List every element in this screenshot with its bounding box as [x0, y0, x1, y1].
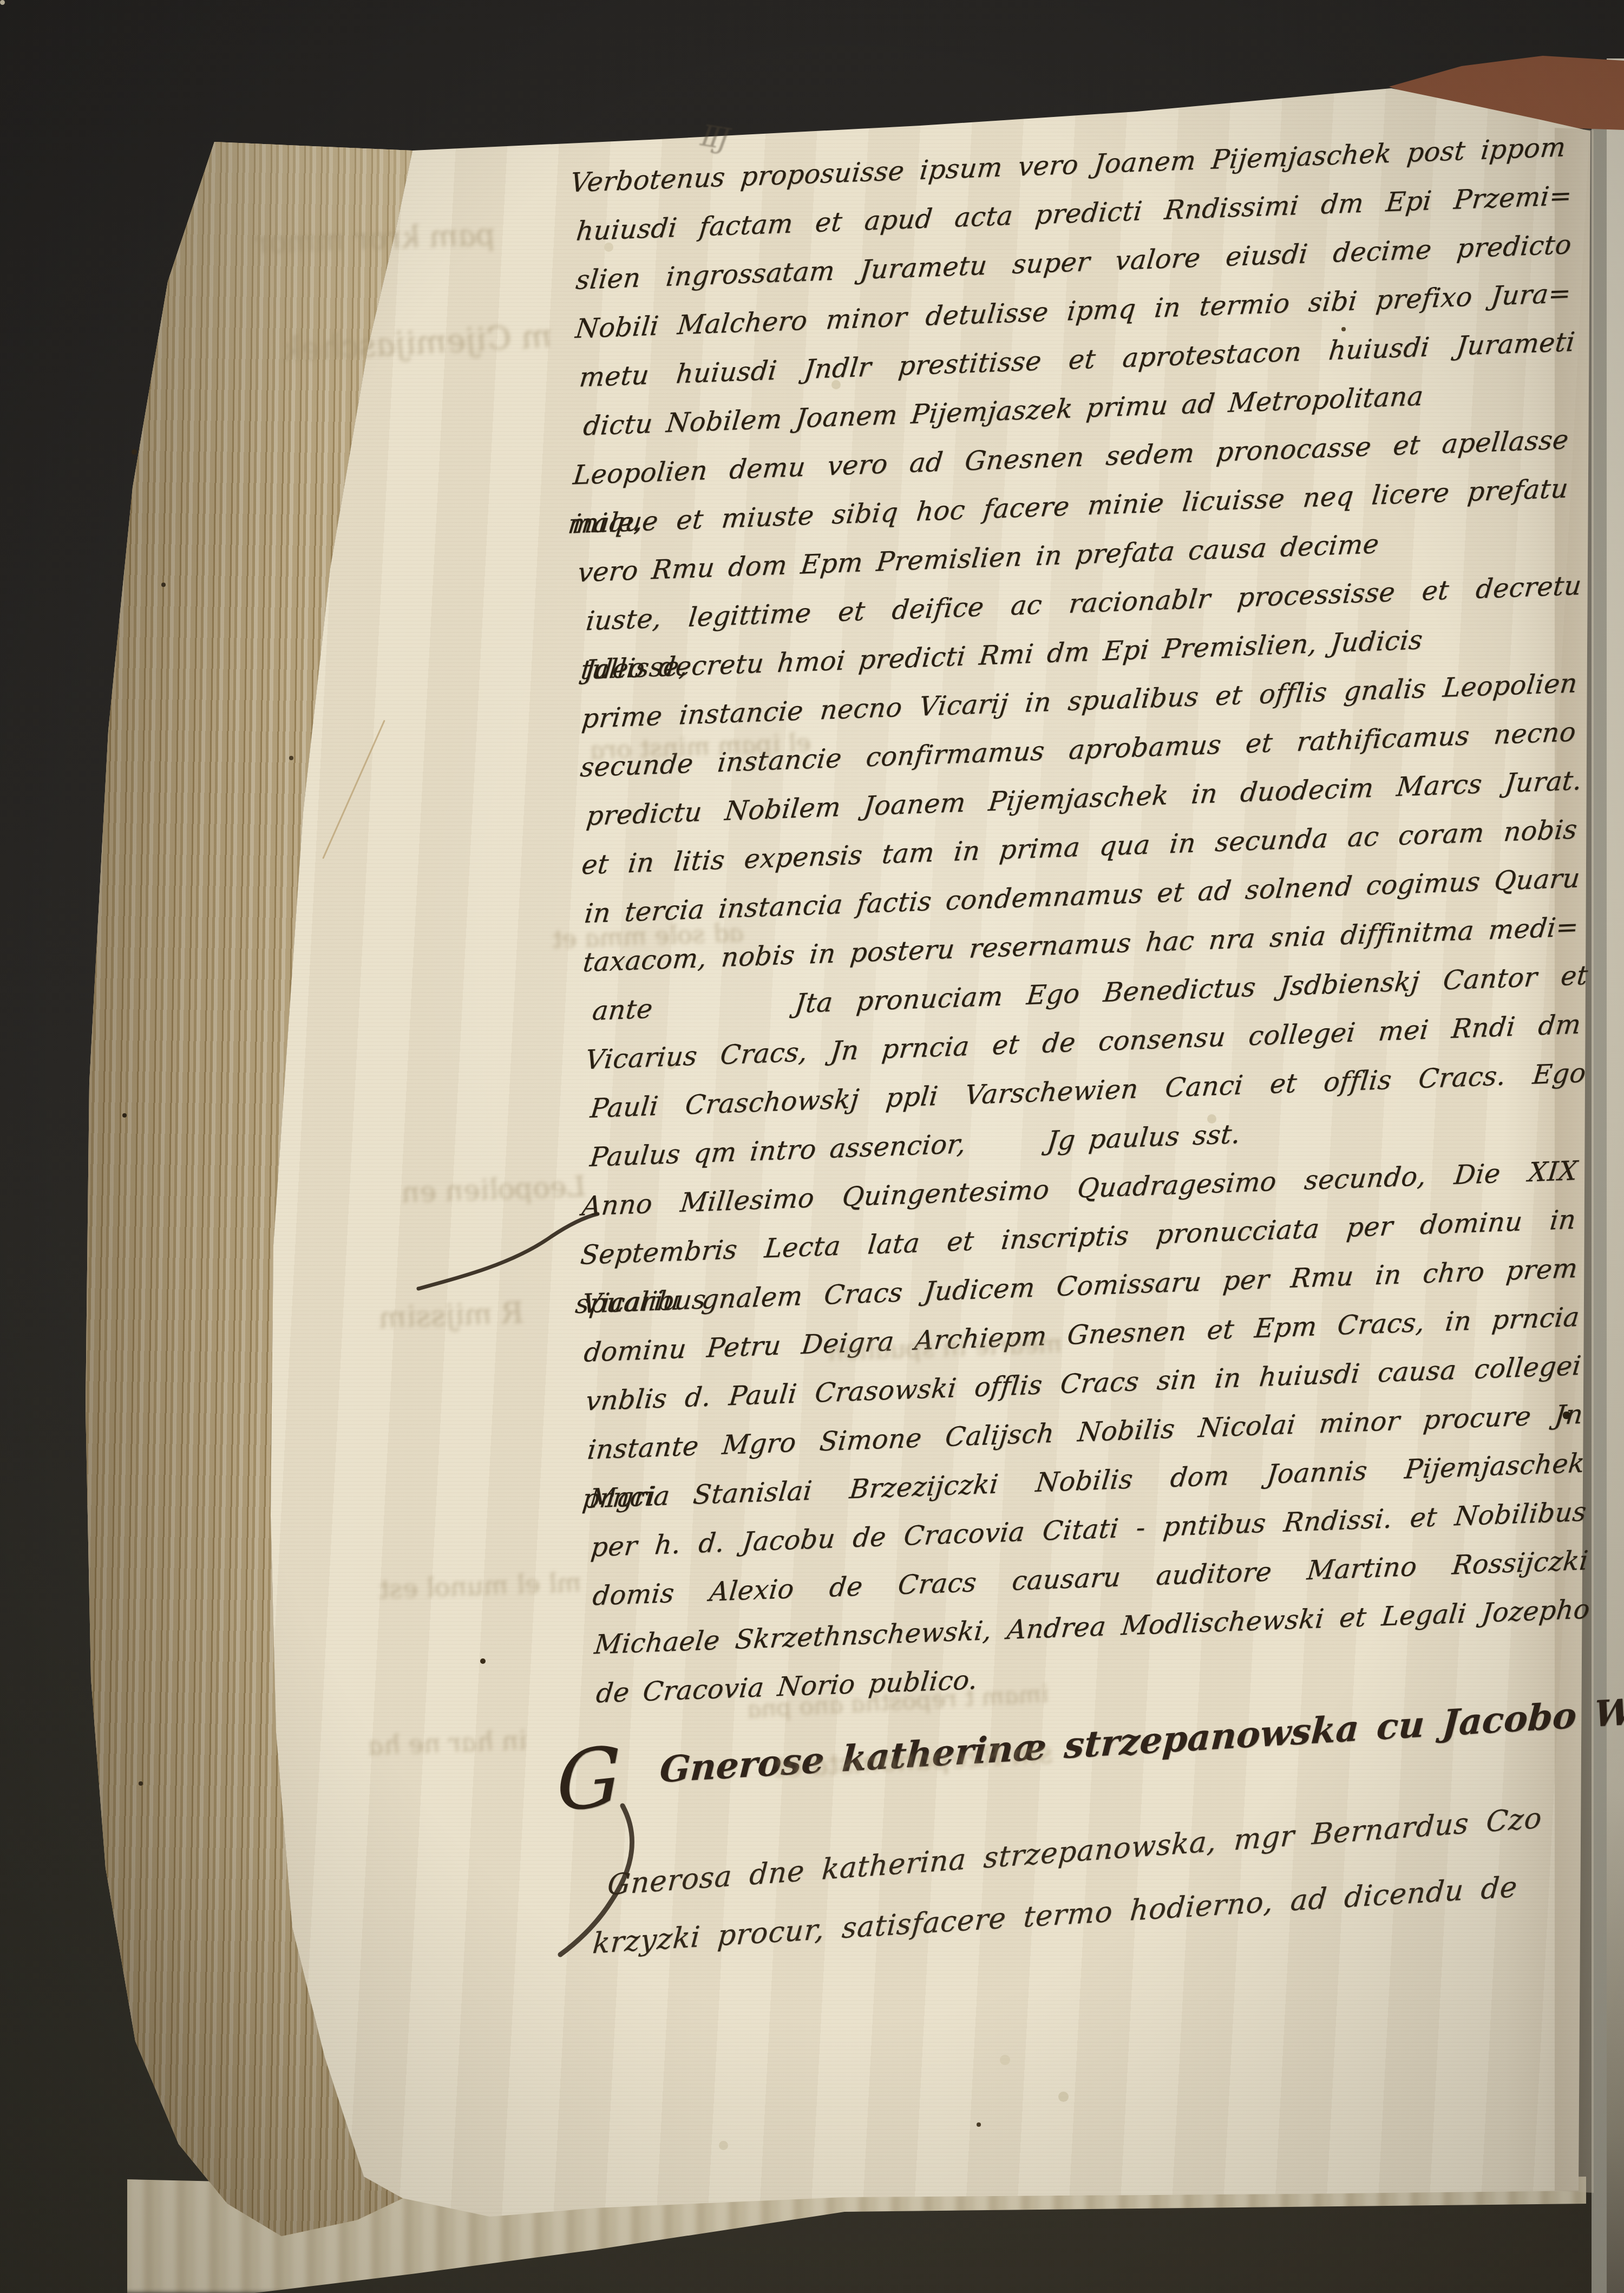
- folio-mark: IIJ: [698, 119, 729, 156]
- paragraph-flourish: [416, 1212, 600, 1293]
- paper-pinholes: [0, 0, 5, 5]
- bleedthrough-text: Leopolien en: [400, 1171, 587, 1210]
- bleedthrough-text: in har ne ha: [366, 1726, 528, 1761]
- scanned-manuscript-photo: { "document": { "description": "Bound ea…: [0, 0, 1624, 2293]
- bleedthrough-text: R mijssim: [377, 1296, 525, 1335]
